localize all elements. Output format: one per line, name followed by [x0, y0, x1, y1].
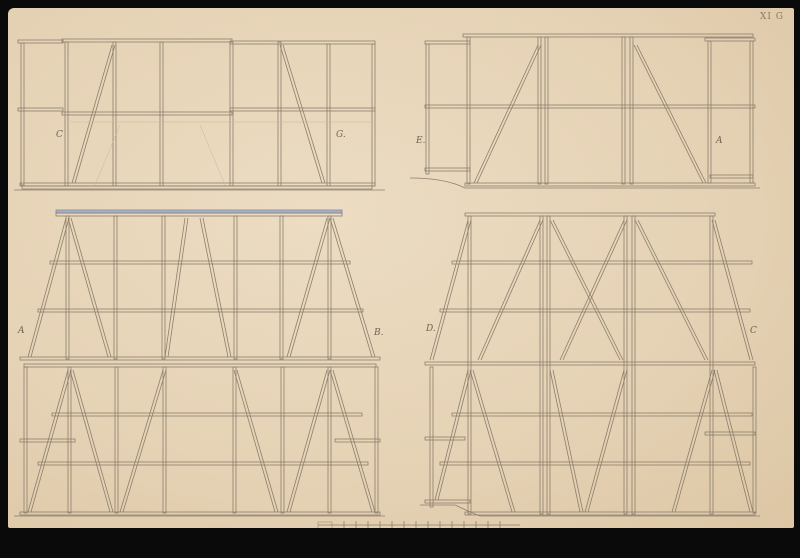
sheet-number: XI G [760, 12, 784, 22]
label-tr-e: E. [416, 136, 425, 146]
panel-bottom-right [420, 213, 760, 516]
panel-top-left [14, 39, 385, 190]
label-bl-a: A [18, 326, 25, 336]
scaffold-drawing [8, 8, 794, 528]
label-tl-g: G. [336, 130, 346, 140]
panel-bottom-left [14, 210, 385, 516]
drawing-sheet: XI G C G. E. A A B. D. C [8, 8, 794, 528]
label-br-c: C [750, 326, 757, 336]
label-br-d: D. [426, 324, 436, 334]
label-tr-a: A [716, 136, 723, 146]
label-bl-b: B. [374, 328, 383, 338]
panel-top-right [410, 34, 760, 188]
label-tl-c: C [56, 130, 63, 140]
background-band [0, 530, 800, 558]
scale-bar [318, 521, 520, 528]
